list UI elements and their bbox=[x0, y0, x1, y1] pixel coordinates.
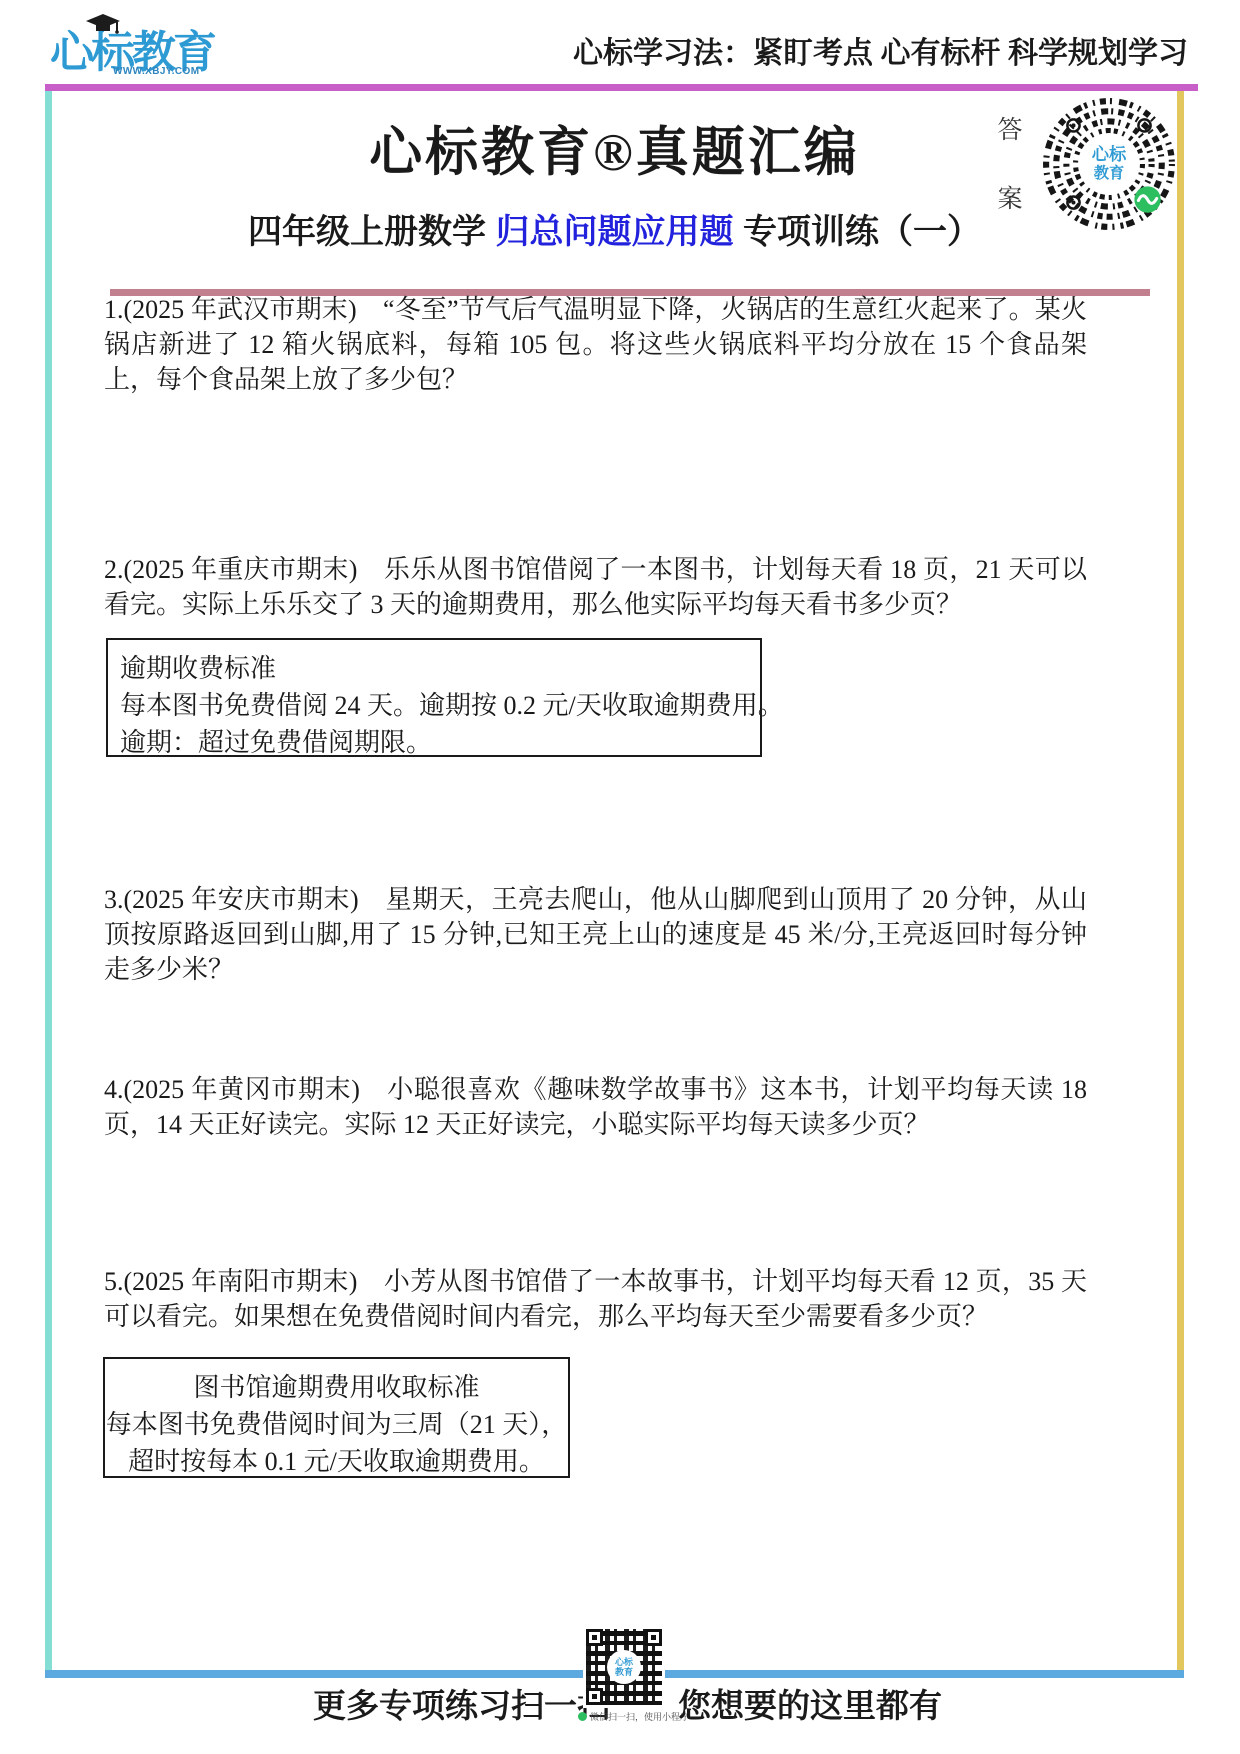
qr-finder-icon bbox=[586, 1629, 603, 1646]
qr-center-logo-line2: 教育 bbox=[615, 1667, 633, 1677]
top-magenta-divider bbox=[45, 84, 1198, 91]
header-slogan: 心标学习法：紧盯考点 心有标杆 科学规划学习 bbox=[573, 28, 1188, 72]
footer-qr-caption: 微信扫一扫，使用小程序 bbox=[578, 1710, 678, 1723]
footer-scan-text: 更多专项练习扫一扫 bbox=[313, 1680, 610, 1727]
notice-line: 每本图书免费借阅时间为三周（21 天）， bbox=[105, 1406, 568, 1443]
question-5: 5.(2025 年南阳市期末) 小芳从图书馆借了一本故事书，计划平均每天看 12… bbox=[104, 1264, 1087, 1334]
footer-tail-text: 您想要的这里都有 bbox=[678, 1680, 942, 1727]
footer-qr-caption-text: 微信扫一扫，使用小程序 bbox=[590, 1710, 689, 1723]
notice-line: 图书馆逾期费用收取标准 bbox=[105, 1369, 568, 1406]
library-fee-notice-box: 图书馆逾期费用收取标准 每本图书免费借阅时间为三周（21 天）， 超时按每本 0… bbox=[103, 1357, 570, 1478]
qr-modules: 心标 教育 bbox=[586, 1629, 662, 1705]
qr-center-logo: 心标 教育 bbox=[607, 1650, 641, 1684]
question-2: 2.(2025 年重庆市期末) 乐乐从图书馆借阅了一本图书，计划每天看 18 页… bbox=[104, 552, 1087, 622]
subtitle-suffix: 专项训练（一） bbox=[734, 213, 981, 251]
wechat-icon bbox=[578, 1712, 587, 1721]
question-4: 4.(2025 年黄冈市期末) 小聪很喜欢《趣味数学故事书》这本书，计划平均每天… bbox=[104, 1072, 1087, 1142]
worksheet-page: 心标教育 WWW.XBJY.COM 心标学习法：紧盯考点 心有标杆 科学规划学习… bbox=[0, 0, 1240, 1754]
notice-line: 逾期：超过免费借阅期限。 bbox=[120, 724, 748, 761]
overdue-fee-notice-box: 逾期收费标准 每本图书免费借阅 24 天。逾期按 0.2 元/天收取逾期费用。 … bbox=[106, 638, 762, 757]
page-title: 心标教育®真题汇编 bbox=[45, 110, 1184, 186]
question-1: 1.(2025 年武汉市期末) “冬至”节气后气温明显下降，火锅店的生意红火起来… bbox=[104, 292, 1087, 397]
subtitle-prefix: 四年级上册数学 bbox=[248, 213, 495, 251]
notice-line: 逾期收费标准 bbox=[120, 650, 748, 687]
qr-center-logo-line1: 心标 bbox=[615, 1657, 633, 1667]
notice-line: 超时按每本 0.1 元/天收取逾期费用。 bbox=[105, 1443, 568, 1480]
page-subtitle: 四年级上册数学 归总问题应用题 专项训练（一） bbox=[45, 204, 1184, 253]
graduation-cap-icon bbox=[84, 12, 122, 34]
brand-logo-url: WWW.XBJY.COM bbox=[113, 66, 199, 77]
subtitle-topic-highlight: 归总问题应用题 bbox=[496, 213, 734, 251]
qr-finder-icon bbox=[586, 1688, 603, 1705]
question-3: 3.(2025 年安庆市期末) 星期天，王亮去爬山，他从山脚爬到山顶用了 20 … bbox=[104, 882, 1087, 987]
notice-line: 每本图书免费借阅 24 天。逾期按 0.2 元/天收取逾期费用。 bbox=[120, 687, 748, 724]
qr-finder-icon bbox=[645, 1629, 662, 1646]
footer-qr-code: 心标 教育 bbox=[583, 1626, 665, 1708]
